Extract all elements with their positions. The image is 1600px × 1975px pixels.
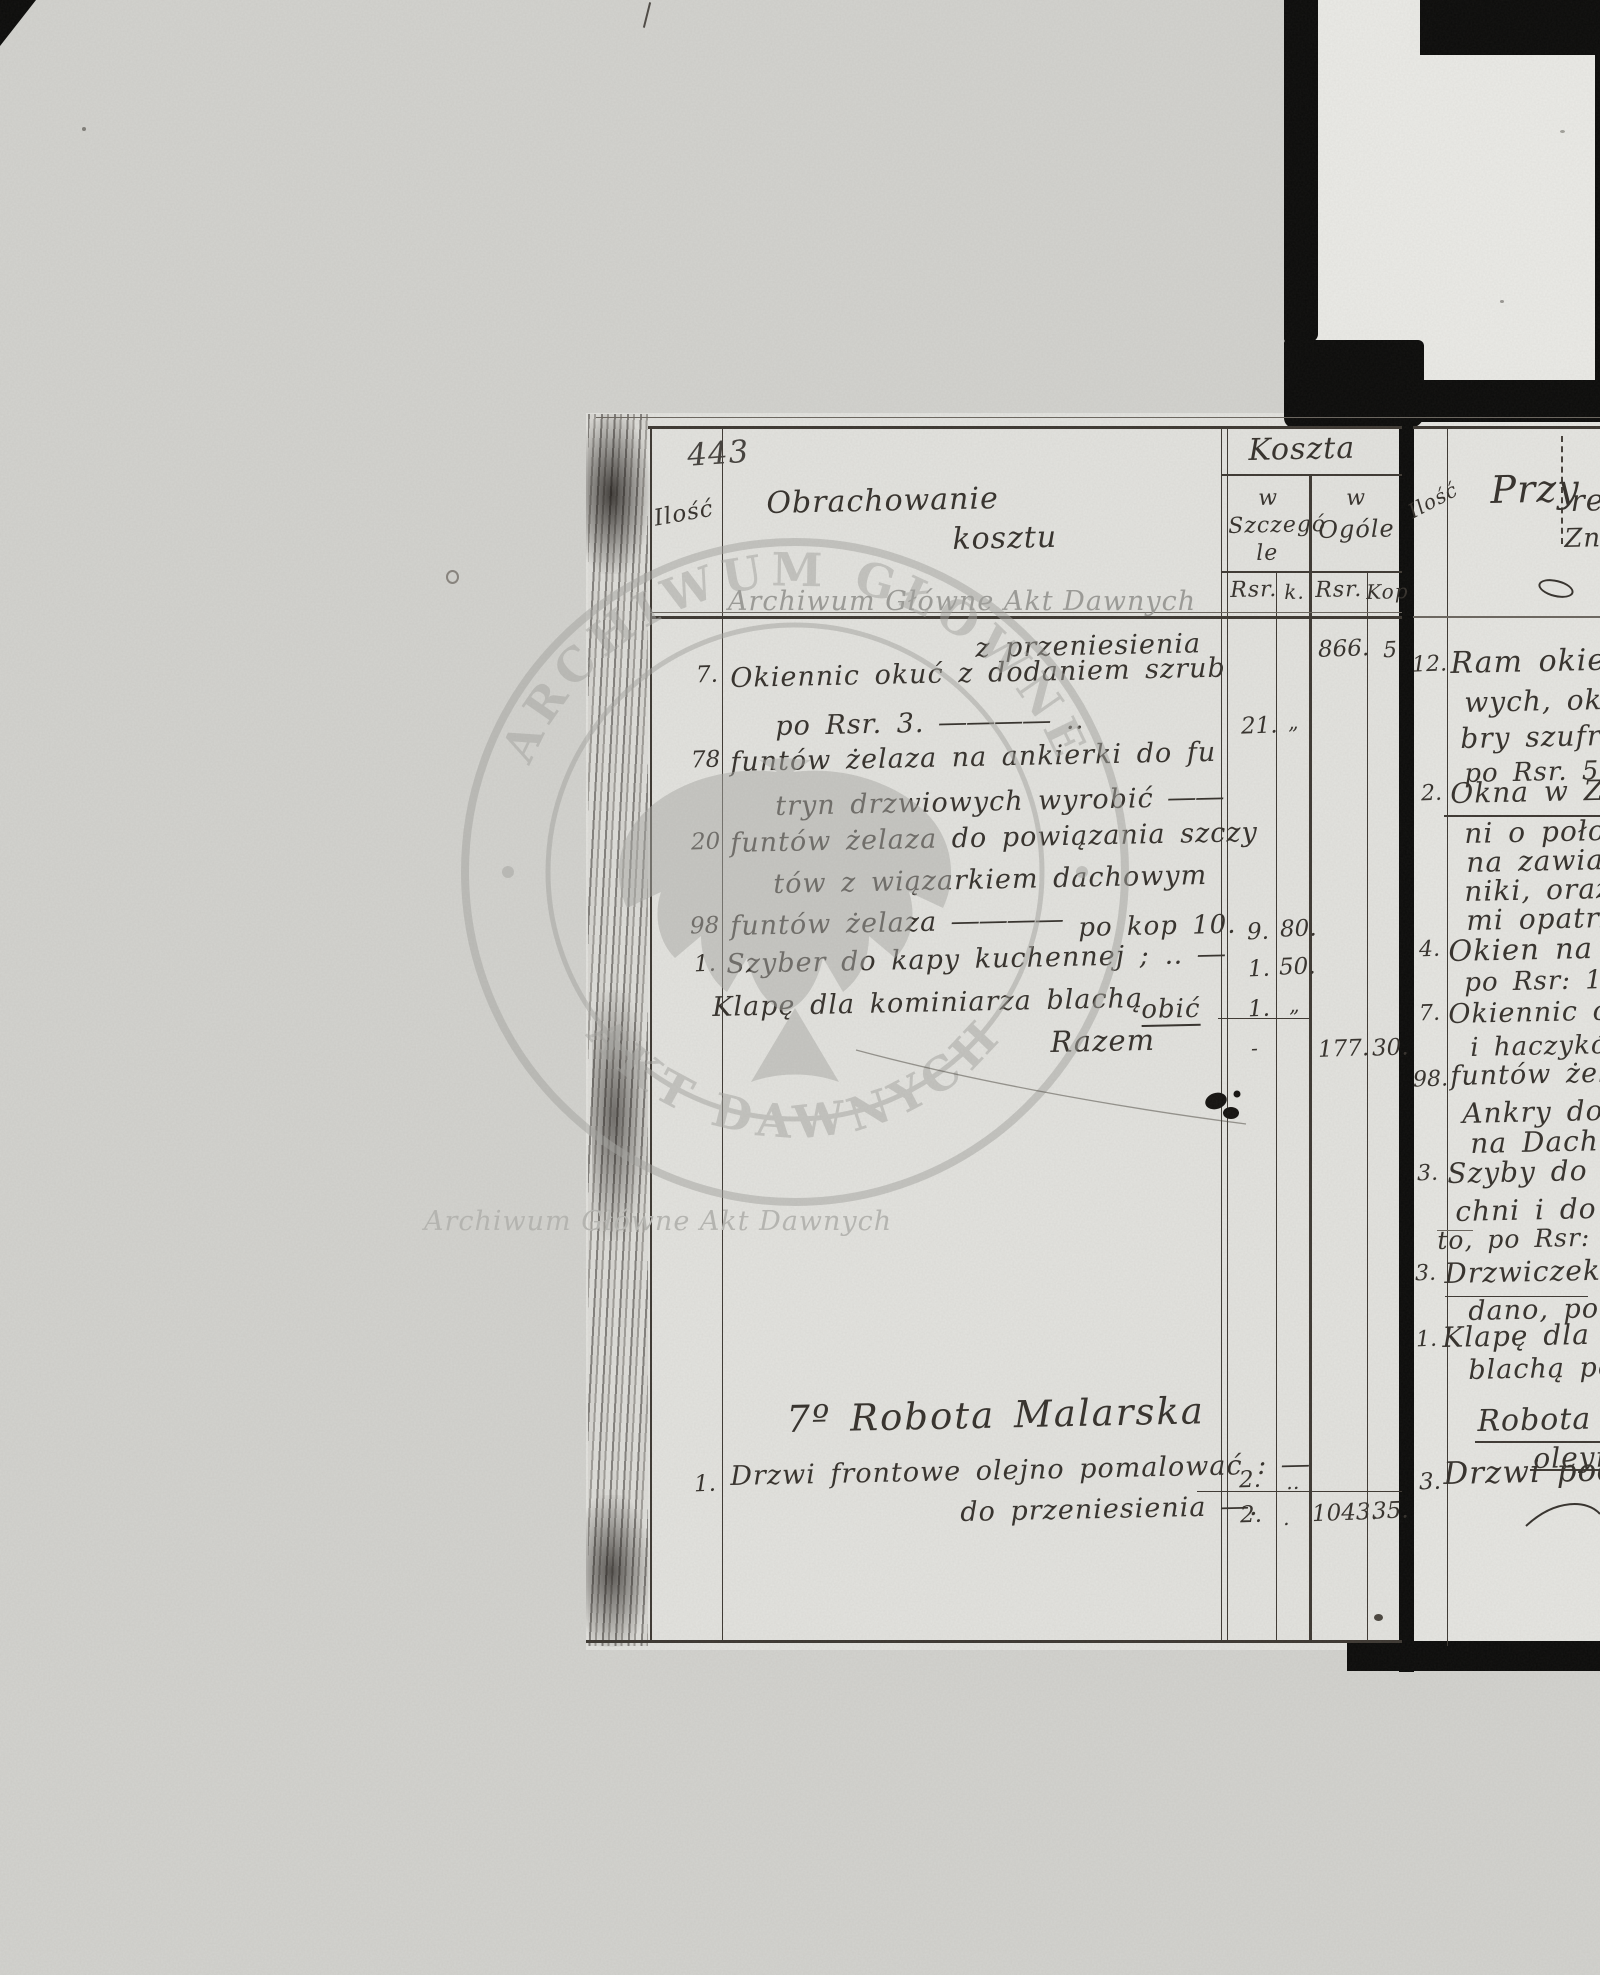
archive-stamp: ARCHIWUM GŁÓWNE AKT DAWNYCH xyxy=(465,542,1125,1202)
ink-blot xyxy=(1203,1090,1240,1119)
signature-flourish xyxy=(1526,1504,1600,1526)
stamp-ring-top-text: ARCHIWUM GŁÓWNE xyxy=(490,542,1099,771)
scanned-archival-ledger: Archiwum Główne Akt Dawnych Archiwum Głó… xyxy=(0,0,1600,1975)
overlay-graphics: ARCHIWUM GŁÓWNE AKT DAWNYCH xyxy=(0,0,1600,1975)
stamp-eagle xyxy=(619,742,951,1082)
svg-text:ARCHIWUM GŁÓWNE: ARCHIWUM GŁÓWNE xyxy=(490,542,1099,771)
